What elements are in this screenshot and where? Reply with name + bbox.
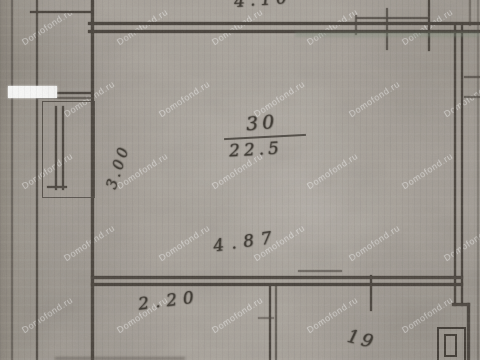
door-opening-bottom — [298, 270, 342, 272]
room-area-label: 22.5 — [229, 139, 284, 162]
wall-knot-tick — [258, 317, 274, 319]
watermark-text: Domofond.ru — [305, 7, 360, 47]
wall-top-a — [88, 22, 480, 25]
wall-bottom-a — [91, 276, 463, 279]
dim-width-label: 4.87 — [212, 228, 280, 257]
room-number-label: 30 — [245, 111, 279, 136]
watermark-text: Domofond.ru — [305, 151, 360, 191]
watermark-text: Domofond.ru — [347, 79, 402, 119]
watermark-text: Domofond.ru — [115, 7, 170, 47]
door-jamb-top — [386, 8, 388, 50]
watermark-text: Domofond.ru — [20, 295, 75, 335]
shaft-line-c — [47, 186, 67, 188]
dim-top-label: 4.10 — [233, 0, 292, 12]
wall-room-right-a — [454, 24, 456, 306]
watermark-text: Domofond.ru — [210, 295, 265, 335]
watermark-text: Domofond.ru — [157, 79, 212, 119]
watermark-text: Domofond.ru — [400, 151, 455, 191]
scan-edge-right — [477, 0, 479, 360]
scan-edge-left — [11, 0, 13, 360]
closet-top-line — [30, 11, 93, 13]
floor-plan-scan: Domofond.ru Domofond.ru Domofond.ru Domo… — [0, 0, 480, 360]
dim-left-label: 3.00 — [102, 143, 133, 192]
wall-lower-divider-b — [275, 284, 277, 360]
wall-tick-bottom — [370, 275, 372, 311]
dim-bottom-label: 2.20 — [137, 287, 201, 314]
wall-lower-divider-a — [269, 284, 271, 360]
wall-jog-vertical — [467, 303, 470, 360]
shaft-line-b — [62, 106, 64, 190]
shaft-box — [42, 101, 95, 198]
wall-tick-top-right — [428, 0, 430, 51]
watermark-text: Domofond.ru — [62, 223, 117, 263]
watermark-text: Domofond.ru — [157, 223, 212, 263]
watermark-text: Domofond.ru — [347, 223, 402, 263]
wall-room-right-b — [461, 24, 463, 306]
shaft-line-a — [55, 106, 57, 190]
wall-left-inner — [36, 0, 38, 360]
wall-tick-right-edge-a — [464, 76, 480, 78]
wall-tick-right-edge-b — [464, 96, 480, 98]
wall-bottom-b — [91, 283, 463, 286]
door-opening-top — [356, 17, 428, 19]
redaction-bar — [8, 86, 57, 98]
adjacent-room-number-label: 19 — [345, 326, 378, 353]
door-fixture-inner — [444, 334, 457, 357]
scan-smudge — [295, 32, 480, 37]
watermark-text: Domofond.ru — [210, 7, 265, 47]
